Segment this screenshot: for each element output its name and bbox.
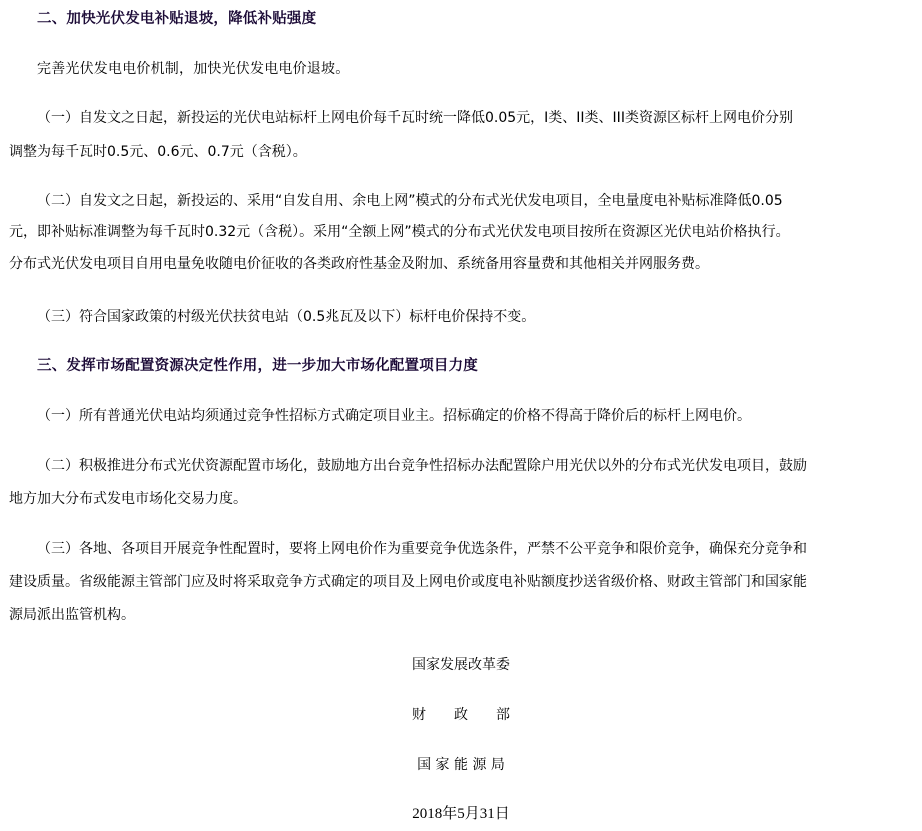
- paragraph-line: 建设质量。省级能源主管部门应及时将采取竞争方式确定的项目及上网电价或度电补贴额度…: [9, 574, 807, 590]
- paragraph-line: （二）自发文之日起，新投运的、采用“自发自用、余电上网”模式的分布式光伏发电项目…: [37, 193, 783, 209]
- paragraph-line: （一）所有普通光伏电站均须通过竞争性招标方式确定项目业主。招标确定的价格不得高于…: [37, 408, 751, 424]
- paragraph-line: （三）各地、各项目开展竞争性配置时，要将上网电价作为重要竞争优选条件，严禁不公平…: [37, 541, 807, 557]
- signature-ndrc: 国家发展改革委: [0, 657, 922, 673]
- section-heading-2: 二、加快光伏发电补贴退坡，降低补贴强度: [37, 11, 922, 27]
- signature-nea: 国 家 能 源 局: [0, 757, 922, 773]
- signature-ministry-of-finance: 财 政 部: [0, 707, 922, 723]
- section-2-intro: 完善光伏发电电价机制，加快光伏发电电价退坡。: [37, 61, 922, 77]
- signature-date: 2018年5月31日: [0, 806, 922, 822]
- paragraph-line: （三）符合国家政策的村级光伏扶贫电站（0.5兆瓦及以下）标杆电价保持不变。: [37, 309, 535, 325]
- paragraph-line: 地方加大分布式发电市场化交易力度。: [9, 491, 247, 507]
- paragraph-line: （一）自发文之日起，新投运的光伏电站标杆上网电价每千瓦时统一降低0.05元，I类…: [37, 110, 793, 126]
- paragraph-line: 分布式光伏发电项目自用电量免收随电价征收的各类政府性基金及附加、系统备用容量费和…: [9, 256, 709, 272]
- document-page: 二、加快光伏发电补贴退坡，降低补贴强度 完善光伏发电电价机制，加快光伏发电电价退…: [0, 0, 922, 831]
- section-heading-3: 三、发挥市场配置资源决定性作用，进一步加大市场化配置项目力度: [37, 358, 922, 374]
- paragraph-line: 源局派出监管机构。: [9, 607, 135, 623]
- paragraph-line: 元，即补贴标准调整为每千瓦时0.32元（含税）。采用“全额上网”模式的分布式光伏…: [9, 224, 790, 240]
- paragraph-line: 调整为每千瓦时0.5元、0.6元、0.7元（含税）。: [9, 144, 307, 160]
- paragraph-line: （二）积极推进分布式光伏资源配置市场化，鼓励地方出台竞争性招标办法配置除户用光伏…: [37, 458, 807, 474]
